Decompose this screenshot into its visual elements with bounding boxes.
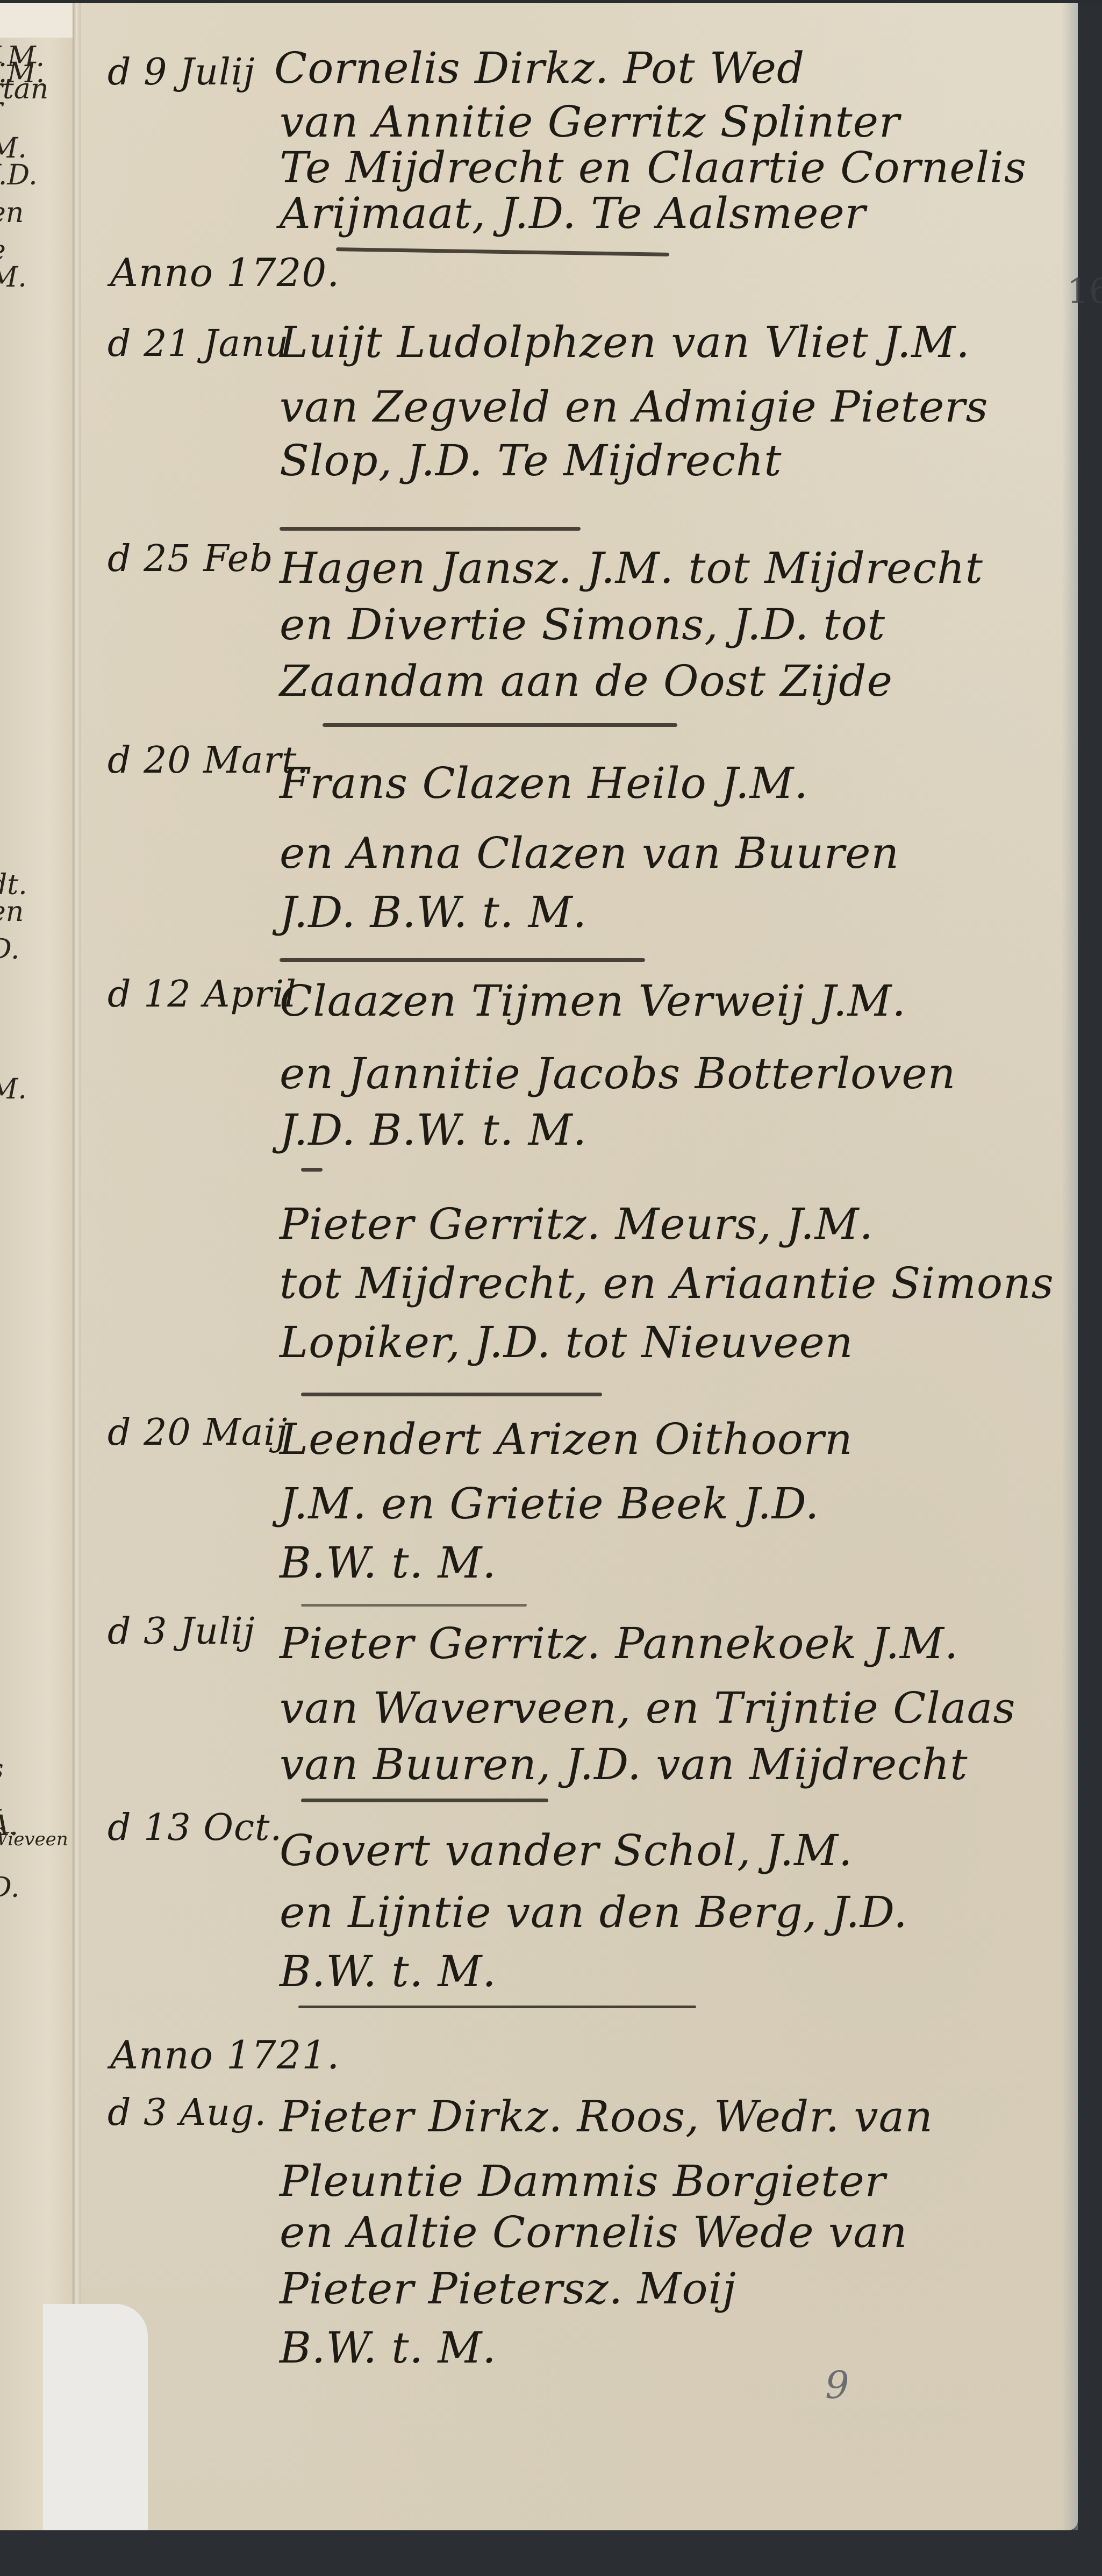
- entry-line: en Anna Clazen van Buuren: [280, 828, 899, 878]
- entry-divider: [280, 958, 645, 962]
- entry-line: Frans Clazen Heilo J.M.: [280, 758, 808, 808]
- entry-line: Zaandam aan de Oost Zijde: [280, 656, 893, 706]
- entry-line: Pieter Dirkz. Roos, Wedr. van: [280, 2092, 933, 2142]
- folio-number: 16: [1067, 272, 1102, 311]
- entry-line: J.D. B.W. t. M.: [280, 1105, 587, 1155]
- prev-fragment: en: [0, 896, 24, 928]
- prev-fragment: r: [0, 92, 3, 124]
- prev-fragment: s: [0, 1753, 4, 1786]
- prev-fragment: J.D.: [0, 159, 38, 191]
- prev-fragment: Wieveen: [0, 1829, 68, 1850]
- entry-line: Pieter Gerritz. Pannekoek J.M.: [280, 1618, 958, 1668]
- entry-divider: [298, 2006, 696, 2008]
- year-heading: Anno 1721.: [110, 2032, 340, 2078]
- entry-line: Arijmaat, J.D. Te Aalsmeer: [280, 188, 866, 238]
- entry-line: Govert vander Schol, J.M.: [280, 1825, 853, 1875]
- entry-line: Claazen Tijmen Verweij J.M.: [280, 976, 906, 1026]
- entry-line: en Aaltie Cornelis Wede van: [280, 2207, 907, 2257]
- entry-line: Pieter Pietersz. Moij: [280, 2264, 736, 2314]
- entry-line: van Annitie Gerritz Splinter: [280, 97, 900, 147]
- entry-line: Slop, J.D. Te Mijdrecht: [280, 436, 782, 486]
- entry-line: van Buuren, J.D. van Mijdrecht: [280, 1739, 968, 1789]
- entry-divider: [301, 1799, 548, 1802]
- prev-fragment: en: [0, 197, 24, 229]
- entry-line: Cornelis Dirkz. Pot Wed: [274, 43, 805, 93]
- entry-date: d 12 April: [108, 973, 297, 1016]
- entry-line: J.D. B.W. t. M.: [280, 887, 587, 937]
- entry-date: d 25 Feb: [108, 538, 274, 580]
- entry-date: d 3 Aug.: [108, 2092, 267, 2134]
- entry-line: van Zegveld en Admigie Pieters: [280, 382, 989, 432]
- scanner-background-bottom: [0, 2530, 1102, 2576]
- entry-line: en Divertie Simons, J.D. tot: [280, 600, 885, 650]
- entry-date: d 20 Maij: [108, 1411, 288, 1454]
- entry-line: en Jannitie Jacobs Botterloven: [280, 1048, 956, 1098]
- prev-fragment: M.: [0, 1073, 27, 1105]
- entry-divider: [301, 1393, 602, 1396]
- entry-line: Te Mijdrecht en Claartie Cornelis: [280, 142, 1027, 192]
- entry-date: d 3 Julij: [108, 1610, 255, 1653]
- entry-line: B.W. t. M.: [280, 1538, 497, 1588]
- year-heading: Anno 1720.: [110, 250, 340, 295]
- entry-line: B.W. t. M.: [280, 1946, 497, 1996]
- previous-page-edge: J.M. J.M. rtan r M. J.D. en e M. dt. en …: [0, 3, 81, 2530]
- entry-divider: [323, 723, 677, 727]
- entry-line: van Waverveen, en Trijntie Claas: [280, 1683, 1015, 1733]
- entry-line: Pieter Gerritz. Meurs, J.M.: [280, 1199, 874, 1249]
- prev-fragment: D.: [0, 933, 19, 966]
- entry-date: d 21 Janu: [108, 323, 289, 365]
- entry-date: d 13 Oct.: [108, 1807, 282, 1849]
- entry-line: en Lijntie van den Berg, J.D.: [280, 1887, 908, 1937]
- entry-date: d 9 Julij: [108, 51, 255, 94]
- entry-line: Luijt Ludolphzen van Vliet J.M.: [280, 317, 970, 367]
- entry-line: B.W. t. M.: [280, 2323, 497, 2373]
- pencil-page-mark: 9: [825, 2363, 849, 2407]
- entry-line: tot Mijdrecht, en Ariaantie Simons: [280, 1258, 1054, 1308]
- entry-line: Leendert Arizen Oithoorn: [280, 1414, 853, 1464]
- prev-fragment: M.: [0, 261, 27, 294]
- entry-divider: [280, 527, 581, 531]
- entry-date: d 20 Mart.: [108, 739, 309, 782]
- page-edge-shadow: [1062, 3, 1078, 2530]
- entry-divider: [301, 1168, 323, 1172]
- torn-paper-corner: [0, 3, 78, 38]
- prev-fragment: D.: [0, 1872, 19, 1904]
- entry-divider: [301, 1604, 527, 1607]
- entry-line: J.M. en Grietie Beek J.D.: [280, 1479, 819, 1529]
- prev-fragment: rtan: [0, 73, 48, 105]
- entry-line: Hagen Jansz. J.M. tot Mijdrecht: [280, 543, 983, 593]
- entry-line: Lopiker, J.D. tot Nieuveen: [280, 1317, 853, 1367]
- entry-line: Pleuntie Dammis Borgieter: [280, 2156, 886, 2206]
